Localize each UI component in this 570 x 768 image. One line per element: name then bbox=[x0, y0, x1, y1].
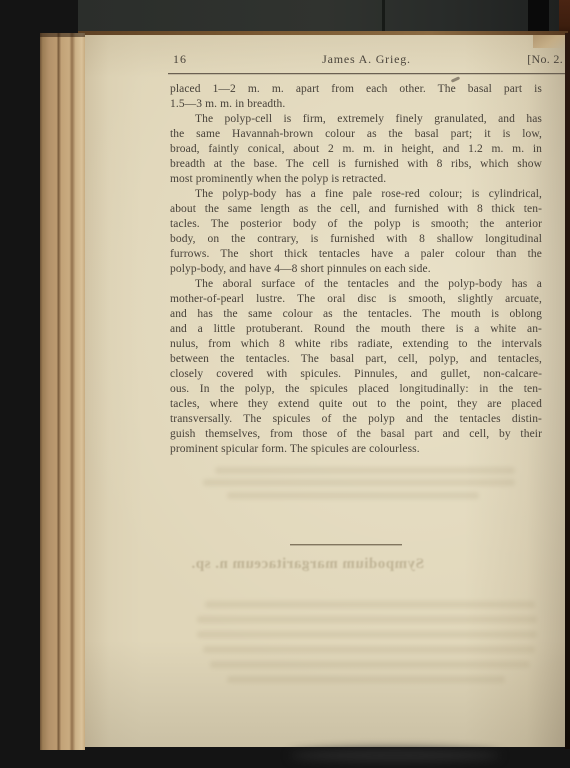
text-line: broad, faintly conical, about 2 m. m. in… bbox=[170, 142, 542, 157]
book-page: 16 James A. Grieg. [No. 2. placed 1—2 m.… bbox=[85, 35, 565, 747]
book-photo: 16 James A. Grieg. [No. 2. placed 1—2 m.… bbox=[0, 0, 570, 768]
background-crease bbox=[382, 0, 385, 31]
text-line: between the tentacles. The basal part, c… bbox=[170, 352, 542, 367]
text-line: 1.5—3 m. m. in breadth. bbox=[170, 97, 542, 112]
text-line: prominent spicular form. The spicules ar… bbox=[170, 442, 542, 457]
text-line: transversally. The spicules of the polyp… bbox=[170, 412, 542, 427]
page-corner-fold bbox=[533, 35, 565, 48]
text-line: guish themselves, from those of the basa… bbox=[170, 427, 542, 442]
text-line: ous. In the polyp, the spicules placed l… bbox=[170, 382, 542, 397]
text-line: breadth at the base. The cell is furnish… bbox=[170, 157, 542, 172]
bleedthrough-line bbox=[227, 492, 479, 499]
bleedthrough-title: Sympodium margaritaceum n. sp. bbox=[185, 556, 430, 576]
body-text: placed 1—2 m. m. apart from each other. … bbox=[170, 82, 542, 457]
bleedthrough-line bbox=[197, 631, 537, 638]
background-shelf bbox=[78, 0, 570, 33]
bleedthrough-line bbox=[227, 676, 505, 683]
text-line: The aboral surface of the tentacles and … bbox=[170, 277, 542, 292]
text-line: placed 1—2 m. m. apart from each other. … bbox=[170, 82, 542, 97]
text-line: nulus, from which 8 white ribs radiate, … bbox=[170, 337, 542, 352]
text-line: furrows. The short thick tentacles have … bbox=[170, 247, 542, 262]
text-line: about the same length as the cell, and f… bbox=[170, 202, 542, 217]
running-title: James A. Grieg. bbox=[168, 52, 565, 67]
page-header: 16 James A. Grieg. [No. 2. bbox=[168, 52, 565, 68]
text-line: closely covered with spicules. Pinnules,… bbox=[170, 367, 542, 382]
text-line: polyp-body, and have 4—8 short pinnules … bbox=[170, 262, 542, 277]
bleedthrough-line bbox=[203, 479, 515, 486]
header-rule bbox=[168, 73, 565, 74]
text-line: body, on the contrary, is furnished with… bbox=[170, 232, 542, 247]
text-line: mother-of-pearl lustre. The oral disc is… bbox=[170, 292, 542, 307]
bleedthrough-line bbox=[215, 467, 515, 474]
bleedthrough-line bbox=[205, 601, 535, 608]
text-line: The polyp-cell is firm, extremely finely… bbox=[170, 112, 542, 127]
book-fore-edge-pages bbox=[40, 33, 85, 750]
section-separator-rule bbox=[290, 544, 402, 545]
bleedthrough-line bbox=[197, 616, 537, 623]
shadow bbox=[290, 749, 500, 762]
text-line: the same Havannah-brown colour as the ba… bbox=[170, 127, 542, 142]
issue-number: [No. 2. bbox=[527, 52, 563, 67]
bleedthrough-line bbox=[203, 646, 535, 653]
text-line: and has the same colour as the tentacles… bbox=[170, 307, 542, 322]
text-line: The polyp-body has a fine pale rose-red … bbox=[170, 187, 542, 202]
text-line: most prominently when the polyp is retra… bbox=[170, 172, 542, 187]
page-right-edge bbox=[565, 33, 570, 749]
text-line: and a little protuberant. Round the mout… bbox=[170, 322, 542, 337]
text-line: tacles. The posterior body of the polyp … bbox=[170, 217, 542, 232]
text-line: tacles, where they extend quite out to t… bbox=[170, 397, 542, 412]
bleedthrough-line bbox=[210, 661, 530, 668]
